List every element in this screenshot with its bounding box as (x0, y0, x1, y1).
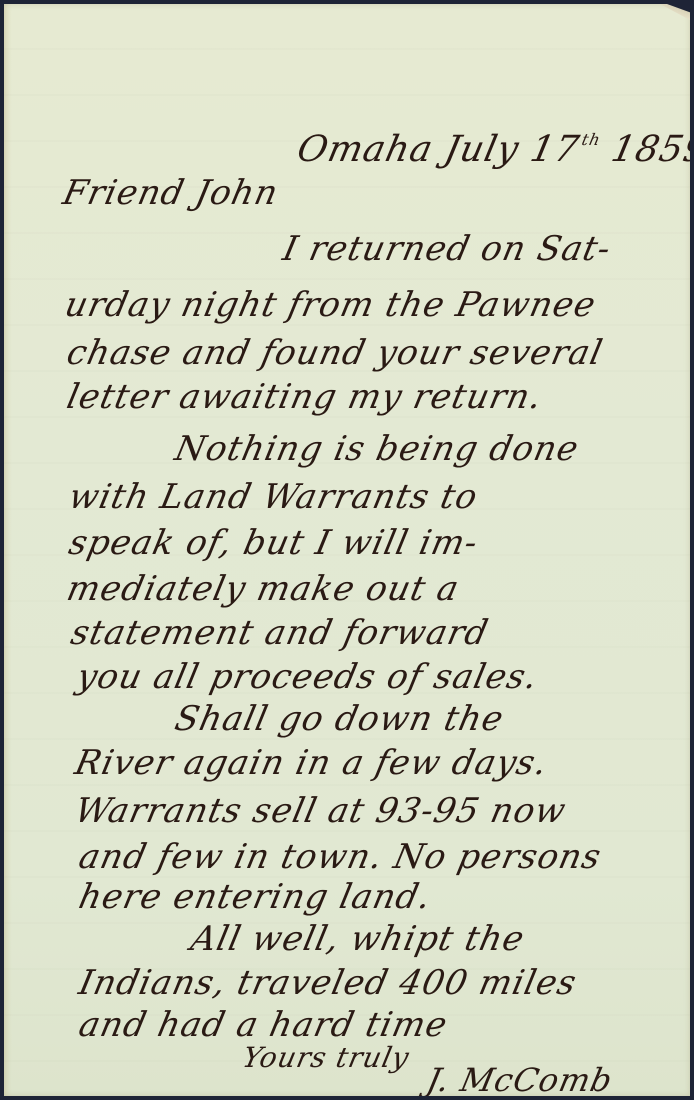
letter-line: River again in a few days. (72, 746, 551, 780)
letter-line: with Land Warrants to (66, 480, 481, 514)
letter-line: chase and found your several (64, 336, 606, 370)
letter-line: and had a hard time (76, 1008, 451, 1042)
dateline-place: Omaha (294, 129, 437, 170)
letter-line: statement and forward (68, 616, 492, 650)
letter-line: letter awaiting my return. (64, 380, 545, 414)
letter-line: and few in town. No persons (76, 840, 604, 874)
letter-line: I returned on Sat- (280, 232, 614, 266)
dateline-year: 1859 (608, 129, 690, 170)
letter-line: mediately make out a (64, 572, 462, 606)
dateline-day-suffix: th (580, 130, 603, 149)
letter-line: you all proceeds of sales. (74, 660, 541, 694)
letter-line: Indians, traveled 400 miles (76, 966, 580, 1000)
letter-line: All well, whipt the (188, 922, 528, 956)
letter-line: here entering land. (76, 880, 434, 914)
letter-line: speak of, but I will im- (66, 526, 481, 560)
letter-line: Nothing is being done (172, 432, 582, 466)
dateline-month: July (441, 129, 523, 170)
letter-page: Omaha July 17th 1859 Friend John I retur… (4, 4, 690, 1096)
letter-signature: J. McComb (424, 1064, 616, 1096)
letter-closing: Yours truly (240, 1044, 412, 1072)
letter-line: urday night from the Pawnee (62, 288, 599, 322)
letter-dateline: Omaha July 17th 1859 (294, 132, 690, 168)
letter-salutation: Friend John (60, 176, 281, 210)
letter-line: Shall go down the (172, 702, 507, 736)
letter-line: Warrants sell at 93-95 now (72, 794, 569, 828)
dateline-day: 17 (527, 129, 584, 170)
